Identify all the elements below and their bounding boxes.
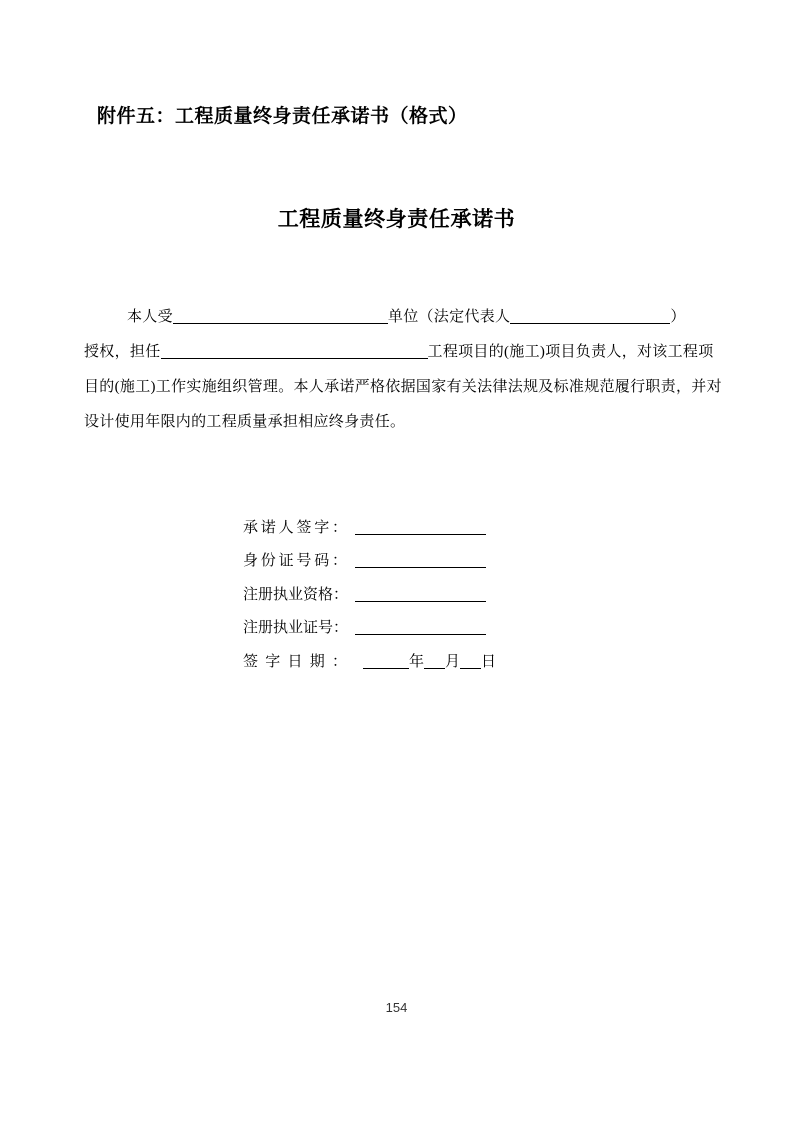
date-month-text: 月 [445,654,460,670]
document-title: 工程质量终身责任承诺书 [0,203,793,233]
date-day-text: 日 [481,654,496,670]
document-page: 附件五：工程质量终身责任承诺书（格式） 工程质量终身责任承诺书 本人受单位（法定… [0,0,793,1122]
line2-text-project-manager: 工程项目的(施工)项目负责人，对该工程项 [428,344,714,360]
id-number-blank [355,565,486,568]
line2-text-authorized-as: 授权，担任 [84,344,161,360]
promiser-signature-blank [355,532,486,535]
signature-row-qualification: 注册执业资格： [243,579,496,612]
signature-date-label: 签字日期： [243,646,347,679]
registered-qualification-blank [355,599,486,602]
paragraph-line-1: 本人受单位（法定代表人） [84,300,744,335]
commitment-paragraph: 本人受单位（法定代表人） 授权，担任工程项目的(施工)项目负责人，对该工程项 目… [84,300,744,440]
license-number-blank [355,632,486,635]
authorizing-unit-blank [173,321,388,324]
line1-text-close-paren: ） [670,309,685,325]
signature-block: 承诺人签字： 身份证号码： 注册执业资格： 注册执业证号： 签字日期：年月日 [243,512,496,679]
line1-text-entrusted-by: 本人受 [127,309,173,325]
paragraph-line-4: 设计使用年限内的工程质量承担相应终身责任。 [84,405,744,440]
paragraph-line-2: 授权，担任工程项目的(施工)项目负责人，对该工程项 [84,335,744,370]
attachment-heading: 附件五：工程质量终身责任承诺书（格式） [97,101,468,128]
date-year-text: 年 [409,654,424,670]
signature-row-id-number: 身份证号码： [243,545,496,578]
date-day-blank [460,666,481,669]
project-name-blank [161,356,428,359]
legal-representative-blank [510,321,670,324]
signature-row-license-number: 注册执业证号： [243,612,496,645]
signature-row-date: 签字日期：年月日 [243,646,496,679]
paragraph-line-3: 目的(施工)工作实施组织管理。本人承诺严格依据国家有关法律法规及标准规范履行职责… [84,370,744,405]
registered-qualification-label: 注册执业资格： [243,579,347,612]
page-number: 154 [0,1000,793,1015]
signature-row-promiser: 承诺人签字： [243,512,496,545]
line1-text-unit-legal-rep: 单位（法定代表人 [388,309,510,325]
id-number-label: 身份证号码： [243,545,347,578]
license-number-label: 注册执业证号： [243,612,347,645]
date-month-blank [424,666,445,669]
date-year-blank [363,666,409,669]
promiser-signature-label: 承诺人签字： [243,512,347,545]
